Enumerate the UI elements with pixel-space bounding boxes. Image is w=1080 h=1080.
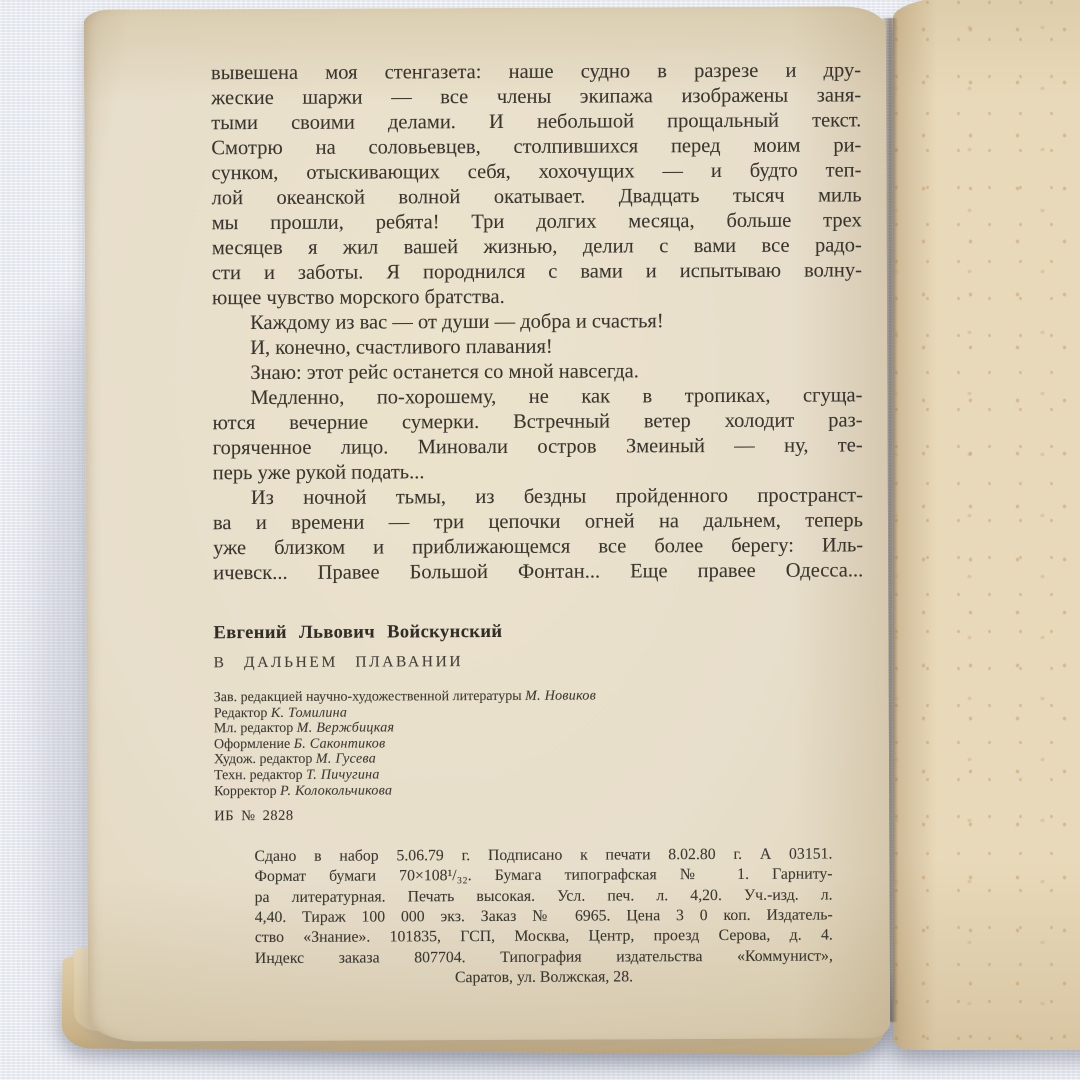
body-text-line: ющее чувство морского братства.: [212, 283, 862, 311]
imprint-block: Сдано в набор 5.06.79 г. Подписано к печ…: [254, 845, 833, 990]
credit-role: Редактор: [214, 706, 268, 721]
imprint-line: 4,40. Тираж 100 000 экз. Заказ № 6965. Ц…: [255, 906, 833, 929]
imprint-line: Формат бумаги 70×108¹/₃₂. Бумага типогра…: [254, 865, 832, 888]
body-text-line: лой океанской волной окатывает. Двадцать…: [212, 183, 862, 211]
credit-role: Корректор: [214, 783, 276, 798]
body-text-line: ются вечерние сумерки. Встречный ветер х…: [213, 408, 863, 436]
body-text-line: тыми своими делами. И небольшой прощальн…: [211, 108, 861, 136]
imprint-line: Индекс заказа 807704. Типография издател…: [255, 946, 833, 969]
imprint-line: ра литературная. Печать высокая. Усл. пе…: [255, 885, 833, 908]
credit-name: Б. Саконтиков: [294, 736, 386, 751]
credit-name: М. Гусева: [316, 752, 376, 767]
page-content: вывешена моя стенгазета: наше судно в ра…: [211, 58, 865, 989]
body-text-line: вывешена моя стенгазета: наше судно в ра…: [211, 58, 861, 86]
credits-block: Зав. редакцией научно-художественной лит…: [214, 687, 864, 799]
body-text-line: уже близком и приближающемся все более б…: [213, 533, 863, 561]
author-name: Евгений Львович Войскунский: [213, 620, 863, 644]
body-text-line: жеские шаржи — все члены экипажа изображ…: [211, 83, 861, 111]
credit-name: М. Новиков: [525, 689, 596, 704]
ib-number: ИБ № 2828: [214, 806, 864, 826]
credit-role: Техн. редактор: [214, 768, 303, 783]
body-text-line: И, конечно, счастливого плавания!: [212, 333, 862, 361]
imprint-line: ство «Знание». 101835, ГСП, Москва, Цент…: [255, 926, 833, 949]
body-text-line: сти и заботы. Я породнился с вами и испы…: [212, 258, 862, 286]
credit-role: Оформление: [214, 737, 290, 752]
imprint-line: Саратов, ул. Волжская, 28.: [255, 966, 833, 989]
imprint-line: Сдано в набор 5.06.79 г. Подписано к печ…: [254, 845, 832, 868]
book-title: В ДАЛЬНЕМ ПЛАВАНИИ: [214, 651, 864, 672]
body-text-line: Смотрю на соловьевцев, столпившихся пере…: [211, 133, 861, 161]
body-text-line: сунком, отыскивающих себя, хохочущих — и…: [211, 158, 861, 186]
body-text-line: Знаю: этот рейс останется со мной навсег…: [212, 358, 862, 386]
body-text-line: мы прошли, ребята! Три долгих месяца, бо…: [212, 208, 862, 236]
body-text-block: вывешена моя стенгазета: наше судно в ра…: [211, 58, 863, 586]
book-page-photo: вывешена моя стенгазета: наше судно в ра…: [0, 0, 1080, 1080]
credit-name: М. Вержбицкая: [297, 721, 395, 736]
credit-role: Мл. редактор: [214, 721, 293, 736]
credit-name: Р. Колокольчикова: [280, 783, 392, 798]
body-text-line: Медленно, по-хорошему, не как в тропиках…: [212, 383, 862, 411]
right-page-stack: [893, 0, 1080, 1050]
credit-role: Зав. редакцией научно-художественной лит…: [214, 689, 522, 705]
body-text-line: Каждому из вас — от души — добра и счаст…: [212, 308, 862, 336]
credit-row: Корректор Р. Колокольчикова: [214, 781, 864, 799]
body-text-line: ичевск... Правее Большой Фонтан... Еще п…: [213, 558, 863, 586]
body-text-line: перь уже рукой подать...: [213, 458, 863, 486]
credit-name: К. Томилина: [271, 705, 347, 720]
body-text-line: ва и времени — три цепочки огней на даль…: [213, 508, 863, 536]
body-text-line: Из ночной тьмы, из бездны пройденного пр…: [213, 483, 863, 511]
credit-role: Худож. редактор: [214, 752, 312, 767]
credit-name: Т. Пичугина: [306, 767, 380, 782]
left-page: вывешена моя стенгазета: наше судно в ра…: [84, 6, 890, 1041]
body-text-line: горяченное лицо. Миновали остров Змеиный…: [213, 433, 863, 461]
body-text-line: месяцев я жил вашей жизнью, делил с вами…: [212, 233, 862, 261]
